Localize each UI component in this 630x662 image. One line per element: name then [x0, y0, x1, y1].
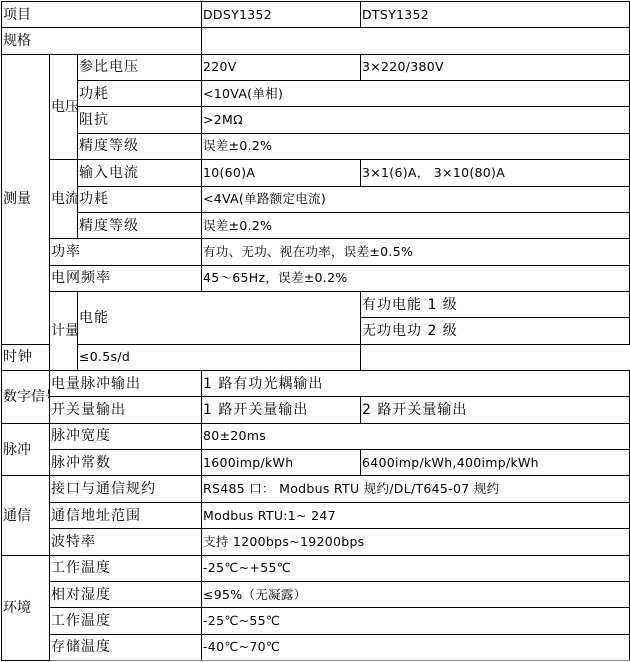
- row-label: 功率: [50, 239, 202, 265]
- category-digital-signal: 数字信号: [2, 371, 50, 424]
- row-label: 波特率: [50, 529, 202, 555]
- table-row: 通信地址范围 Modbus RTU:1~ 247: [2, 502, 630, 528]
- row-label: 通信地址范围: [50, 502, 202, 528]
- value: >2MΩ: [202, 107, 630, 133]
- value-a: 1600imp/kWh: [202, 450, 361, 476]
- category-measurement: 测量: [2, 54, 50, 344]
- value: 45～65Hz，误差±0.2%: [202, 265, 630, 291]
- table-row: 存储温度 -40℃~70℃: [2, 634, 630, 660]
- row-label: 功耗: [78, 81, 202, 107]
- table-row: 工作温度 -25℃~55℃: [2, 608, 630, 634]
- table-row-header: 项目 DDSY1352 DTSY1352: [2, 2, 630, 28]
- table-row: 开关量输出 1 路开关量输出 2 路开关量输出: [2, 397, 630, 423]
- value: RS485 口： Modbus RTU 规约/DL/T645-07 规约: [202, 476, 630, 502]
- row-label: 开关量输出: [50, 397, 202, 423]
- row-label: 参比电压: [78, 54, 202, 80]
- table-row: 波特率 支持 1200bps~19200bps: [2, 529, 630, 555]
- model-b-header: DTSY1352: [361, 2, 630, 28]
- category-pulse: 脉冲: [2, 423, 50, 476]
- value: ≤0.5s/d: [78, 344, 361, 370]
- row-label: 脉冲常数: [50, 450, 202, 476]
- item-header: 项目: [2, 2, 202, 28]
- table-row: 精度等级 误差±0.2%: [2, 133, 630, 159]
- value: 1 路有功光耦输出: [202, 371, 630, 397]
- row-label: 脉冲宽度: [50, 423, 202, 449]
- table-row: 相对湿度 ≤95%（无凝露）: [2, 581, 630, 607]
- value: <10VA(单相): [202, 81, 630, 107]
- table-row: 阻抗 >2MΩ: [2, 107, 630, 133]
- value: 无功电功 2 级: [361, 318, 630, 344]
- row-label: 输入电流: [78, 160, 202, 186]
- group-current: 电流: [50, 160, 78, 239]
- value: 误差±0.2%: [202, 133, 630, 159]
- row-label: 电量脉冲输出: [50, 371, 202, 397]
- table-row: 精度等级 误差±0.2%: [2, 212, 630, 238]
- value-a: 有功电能 1 级: [361, 291, 630, 317]
- table-row: 脉冲常数 1600imp/kWh 6400imp/kWh,400imp/kWh: [2, 450, 630, 476]
- table-row: 功率 有功、无功、视在功率，误差±0.5%: [2, 239, 630, 265]
- table-row: 电流 输入电流 10(60)A 3×1(6)A， 3×10(80)A: [2, 160, 630, 186]
- row-label: 相对湿度: [50, 581, 202, 607]
- table-row: 环境 工作温度 -25℃~+55℃: [2, 555, 630, 581]
- table-row: 功耗 <4VA(单路额定电流): [2, 186, 630, 212]
- row-label: 存储温度: [50, 634, 202, 660]
- group-voltage: 电压: [50, 54, 78, 159]
- value-b: 2 路开关量输出: [361, 397, 630, 423]
- value: 误差±0.2%: [202, 212, 630, 238]
- table-row: 通信 接口与通信规约 RS485 口： Modbus RTU 规约/DL/T64…: [2, 476, 630, 502]
- row-label: 电网频率: [50, 265, 202, 291]
- table-row: 脉冲 脉冲宽度 80±20ms: [2, 423, 630, 449]
- table-row: 功耗 <10VA(单相): [2, 81, 630, 107]
- value-a: 10(60)A: [202, 160, 361, 186]
- value: ≤95%（无凝露）: [202, 581, 630, 607]
- category-environment: 环境: [2, 555, 50, 660]
- value: 有功、无功、视在功率，误差±0.5%: [202, 239, 630, 265]
- value-b: 3×1(6)A， 3×10(80)A: [361, 160, 630, 186]
- row-label: 工作温度: [50, 608, 202, 634]
- category-communication: 通信: [2, 476, 50, 555]
- value-b: 3×220/380V: [361, 54, 630, 80]
- value: 80±20ms: [202, 423, 630, 449]
- value: -25℃~55℃: [202, 608, 630, 634]
- table-row-spec: 规格: [2, 28, 630, 54]
- value: <4VA(单路额定电流): [202, 186, 630, 212]
- table-row: 时钟 ≤0.5s/d: [2, 344, 630, 370]
- table-row: 计量 电能 有功电能 1 级 有功电能 0.5s 级: [2, 291, 630, 317]
- row-label: 时钟: [2, 344, 78, 370]
- spec-table: 项目 DDSY1352 DTSY1352 规格 测量 电压 参比电压 220V …: [1, 1, 630, 661]
- row-label: 阻抗: [78, 107, 202, 133]
- value-a: 1 路开关量输出: [202, 397, 361, 423]
- value: 支持 1200bps~19200bps: [202, 529, 630, 555]
- spec-label: 规格: [2, 28, 202, 54]
- row-label: 功耗: [78, 186, 202, 212]
- table-row: 电网频率 45～65Hz，误差±0.2%: [2, 265, 630, 291]
- value: -25℃~+55℃: [202, 555, 630, 581]
- value: -40℃~70℃: [202, 634, 630, 660]
- model-a-header: DDSY1352: [202, 2, 361, 28]
- value-a: 220V: [202, 54, 361, 80]
- row-label: 电能: [78, 291, 361, 344]
- table-row: 测量 电压 参比电压 220V 3×220/380V: [2, 54, 630, 80]
- spec-value: [202, 28, 630, 54]
- row-label: 精度等级: [78, 133, 202, 159]
- value: Modbus RTU:1~ 247: [202, 502, 630, 528]
- row-label: 接口与通信规约: [50, 476, 202, 502]
- value-b: 6400imp/kWh,400imp/kWh: [361, 450, 630, 476]
- row-label: 工作温度: [50, 555, 202, 581]
- row-label: 精度等级: [78, 212, 202, 238]
- table-row: 数字信号 电量脉冲输出 1 路有功光耦输出: [2, 371, 630, 397]
